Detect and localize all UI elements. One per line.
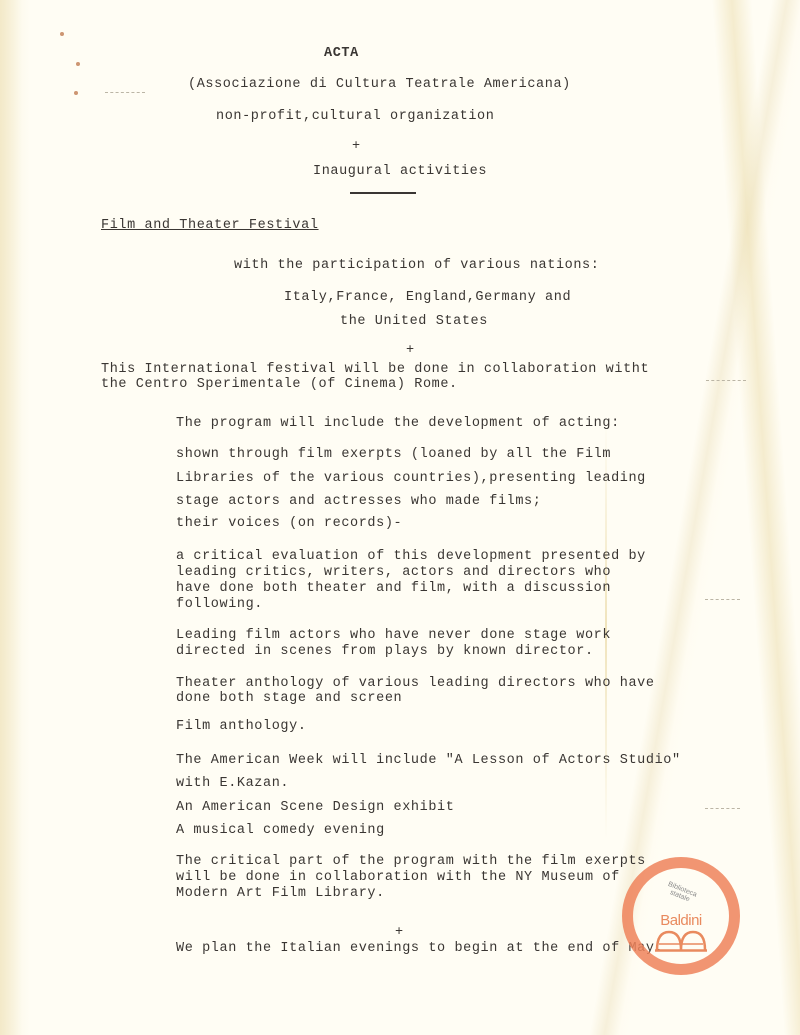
book-arches-icon [655, 930, 707, 952]
text-line: stage actors and actresses who made film… [176, 494, 541, 510]
rust-spot [76, 62, 80, 66]
org-description: non-profit,cultural organization [216, 109, 494, 125]
scene-design-line: An American Scene Design exhibit [176, 800, 454, 816]
text-line: This International festival will be done… [101, 362, 649, 378]
separator: + [406, 343, 415, 359]
text-line: a critical evaluation of this developmen… [176, 549, 646, 565]
faint-mark [705, 808, 740, 810]
subtitle: Inaugural activities [313, 164, 487, 180]
text-line: shown through film exerpts (loaned by al… [176, 447, 611, 463]
org-title: ACTA [324, 46, 359, 62]
library-stamp: Biblioteca statale Baldini [622, 857, 740, 975]
rust-spot [60, 32, 64, 36]
text-line: directed in scenes from plays by known d… [176, 644, 594, 660]
text-line: following. [176, 597, 263, 613]
rust-spot [74, 91, 78, 95]
text-line: their voices (on records)- [176, 516, 402, 532]
text-line: done both stage and screen [176, 691, 402, 707]
stamp-small-text: Biblioteca statale [660, 879, 702, 907]
film-anthology: Film anthology. [176, 719, 307, 735]
paper-edge-left [0, 0, 22, 1035]
text-line: leading critics, writers, actors and dir… [176, 565, 611, 581]
text-line: The American Week will include "A Lesson… [176, 753, 681, 769]
text-line: the Centro Sperimentale (of Cinema) Rome… [101, 377, 458, 393]
separator: + [352, 139, 361, 155]
text-line: have done both theater and film, with a … [176, 581, 611, 597]
text-line: Theater anthology of various leading dir… [176, 676, 655, 692]
text-line: Leading film actors who have never done … [176, 628, 611, 644]
section-heading: Film and Theater Festival [101, 218, 319, 234]
separator: + [395, 925, 404, 941]
faint-mark [105, 92, 145, 94]
musical-line: A musical comedy evening [176, 823, 385, 839]
heading-rule [350, 192, 416, 194]
program-intro: The program will include the development… [176, 416, 620, 432]
closing-line: We plan the Italian evenings to begin at… [176, 941, 663, 957]
participation-intro: with the participation of various nation… [234, 258, 599, 274]
faint-mark [705, 599, 740, 601]
text-line: Libraries of the various countries),pres… [176, 471, 646, 487]
text-line: will be done in collaboration with the N… [176, 870, 620, 886]
text-line: Modern Art Film Library. [176, 886, 385, 902]
stamp-name: Baldini [633, 912, 729, 929]
nations-line-1: Italy,France, England,Germany and [284, 290, 571, 306]
nations-line-2: the United States [340, 314, 488, 330]
text-line: The critical part of the program with th… [176, 854, 646, 870]
text-line: with E.Kazan. [176, 776, 289, 792]
faint-mark [706, 380, 746, 382]
org-full-name: (Associazione di Cultura Teatrale Americ… [188, 77, 571, 93]
